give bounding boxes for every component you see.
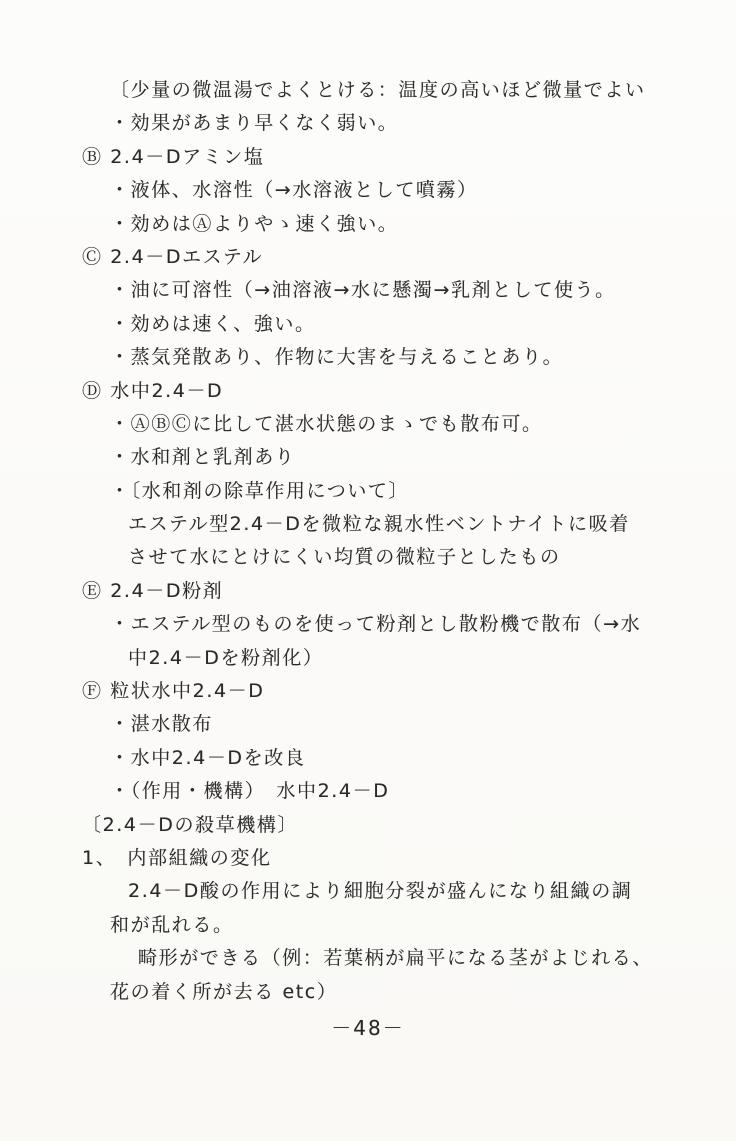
text-line: 中2.4－Dを粉剤化） (0, 642, 736, 675)
text-line: 〔2.4－Dの殺草機構〕 (0, 809, 736, 842)
text-line: ・蒸気発散あり、作物に大害を与えることあり。 (0, 341, 736, 374)
text-line: Ⓓ 水中2.4－D (0, 375, 736, 408)
text-line: ・効めはⒶよりやゝ速く強い。 (0, 208, 736, 241)
text-line: 畸形ができる（例：若葉柄が扁平になる茎がよじれる、 (0, 942, 736, 975)
text-line: ・水中2.4－Dを改良 (0, 742, 736, 775)
text-line: ・ⒶⒷⒸに比して湛水状態のまゝでも散布可。 (0, 408, 736, 441)
text-line: Ⓒ 2.4－Dエステル (0, 241, 736, 274)
text-line: 〔少量の微温湯でよくとける：温度の高いほど微量でよい (0, 74, 736, 107)
text-line: ・〔水和剤の除草作用について〕 (0, 475, 736, 508)
text-line: 2.4－D酸の作用により細胞分裂が盛んになり組織の調 (0, 875, 736, 908)
text-line: ・（作用・機構） 水中2.4－D (0, 775, 736, 808)
handwritten-text-block: 〔少量の微温湯でよくとける：温度の高いほど微量でよい・効果があまり早くなく弱い。… (0, 74, 736, 1009)
text-line: させて水にとけにくい均質の微粒子としたもの (0, 541, 736, 574)
text-line: ・油に可溶性（→油溶液→水に懸濁→乳剤として使う。 (0, 274, 736, 307)
text-line: 1、 内部組織の変化 (0, 842, 736, 875)
text-line: エステル型2.4－Dを微粒な親水性ベントナイトに吸着 (0, 508, 736, 541)
text-line: ・効果があまり早くなく弱い。 (0, 107, 736, 140)
text-line: Ⓕ 粒状水中2.4－D (0, 675, 736, 708)
text-line: ・液体、水溶性（→水溶液として噴霧） (0, 174, 736, 207)
text-line: 花の着く所が去る etc） (0, 976, 736, 1009)
text-line: ・水和剤と乳剤あり (0, 441, 736, 474)
scanned-document-page: 〔少量の微温湯でよくとける：温度の高いほど微量でよい・効果があまり早くなく弱い。… (0, 0, 736, 1141)
text-line: Ⓔ 2.4－D粉剤 (0, 575, 736, 608)
text-line: ・エステル型のものを使って粉剤とし散粉機で散布（→水 (0, 608, 736, 641)
text-line: Ⓑ 2.4－Dアミン塩 (0, 141, 736, 174)
page-number: －48－ (0, 1012, 736, 1041)
text-line: 和が乱れる。 (0, 909, 736, 942)
text-line: ・湛水散布 (0, 708, 736, 741)
text-line: ・効めは速く、強い。 (0, 308, 736, 341)
